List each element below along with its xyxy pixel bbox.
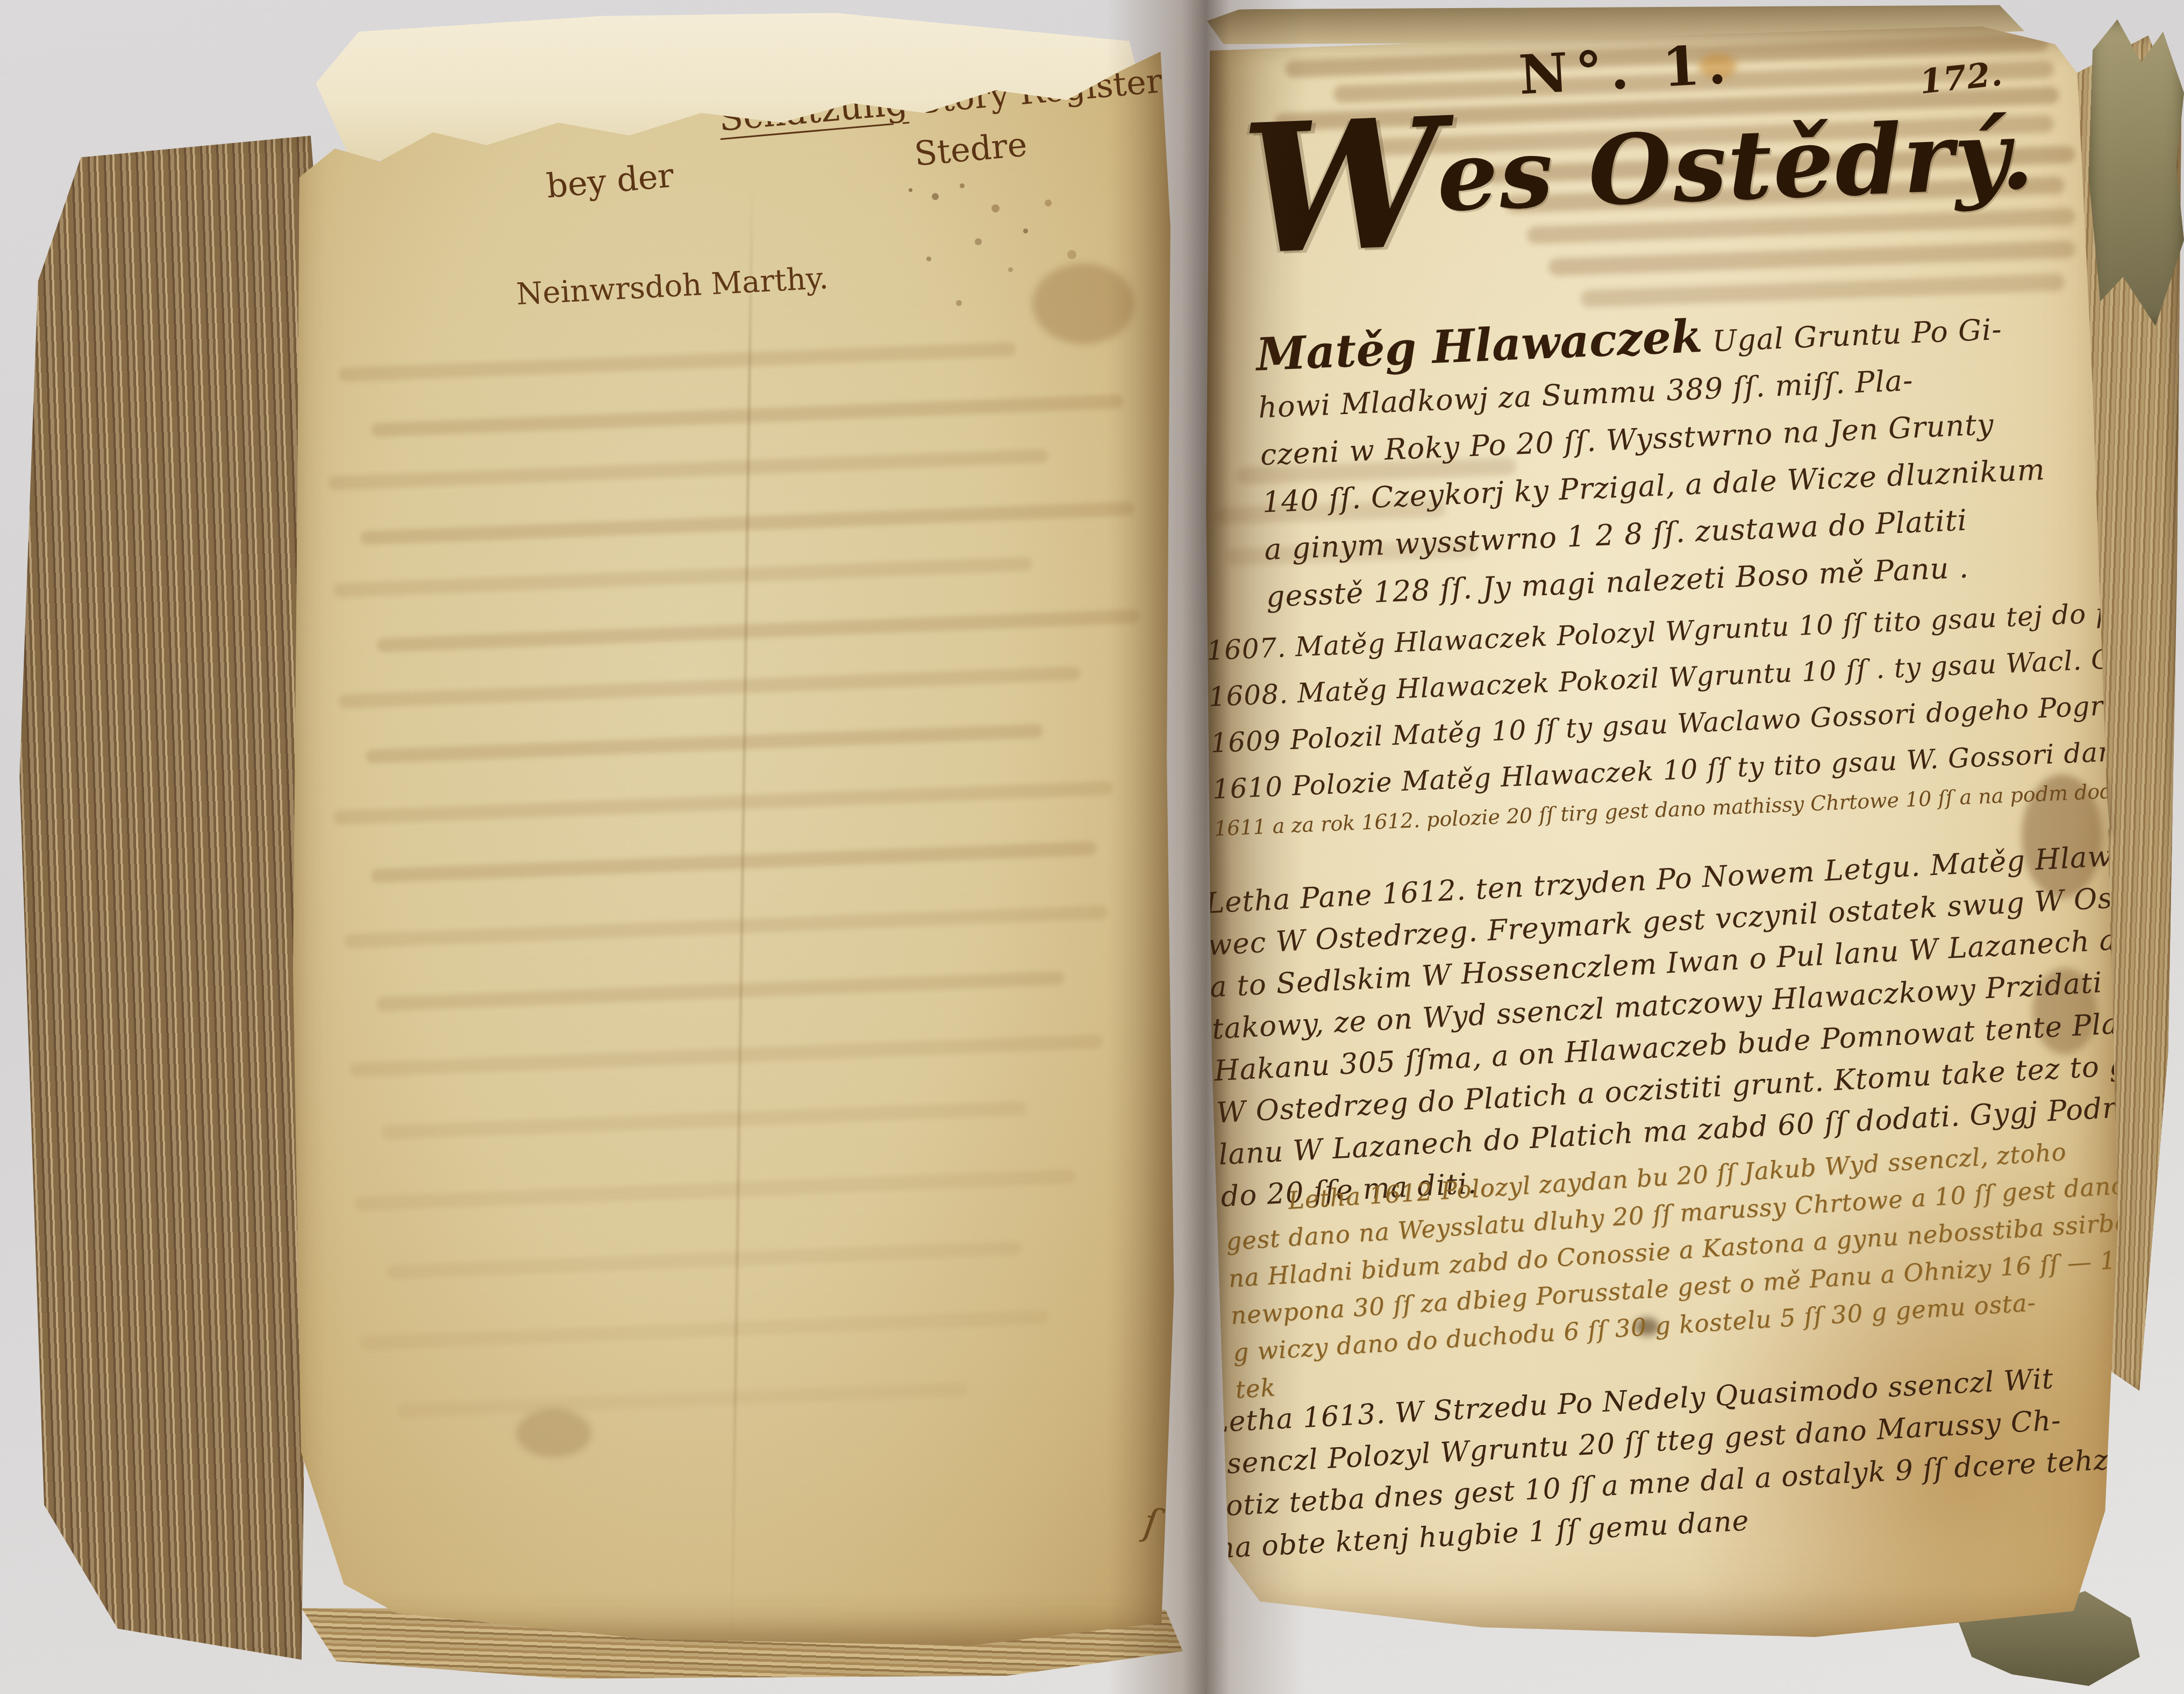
ink-speckle-stain (909, 188, 912, 192)
year-entries: 1607. Matěg Hlawaczek Polozyl Wgruntu 10… (1205, 582, 2184, 845)
ink-bleedthrough-line (339, 666, 1081, 709)
entry-line-text: Ugal Gruntu Po Gi- (1702, 312, 2003, 359)
ink-bleedthrough-line (355, 1169, 1075, 1211)
book-block-left-edge (13, 126, 320, 1675)
tattered-corner-top-right (2089, 19, 2184, 326)
left-page-subheading: Neinwrsdoh Marthy. (516, 261, 830, 312)
ink-bleedthrough-line (328, 449, 1048, 490)
ink-bleedthrough-line (366, 724, 1043, 764)
ink-bleedthrough-line (333, 781, 1113, 825)
ink-bleedthrough-line (371, 841, 1097, 883)
ink-bleedthrough-line (376, 971, 1065, 1011)
title-text: es Ostědrý. (1435, 98, 2037, 233)
ink-bleedthrough-line (376, 609, 1140, 652)
heading-line: Stedre (913, 125, 1029, 174)
folio-label: N°. 1. (1517, 32, 1735, 107)
ink-bleedthrough-line (1548, 240, 2076, 276)
photo-canvas: { "scene":{ "background_color":"#d8d6d7"… (0, 0, 2184, 1694)
page-crease (731, 177, 753, 1651)
ink-bleedthrough-line (360, 1309, 1048, 1350)
ink-bleedthrough-line (387, 1241, 1022, 1279)
ink-bleedthrough-line (382, 1101, 1027, 1140)
ink-bleedthrough-line (398, 1382, 968, 1418)
ink-bleedthrough-line (344, 905, 1108, 948)
entry-paragraph: Matěg Hlawaczek Ugal Gruntu Po Gi- howi … (1255, 298, 2050, 621)
stain (516, 1409, 591, 1457)
right-page: N°. 1. 172. Wes Ostědrý. Matěg Hlawaczek… (1204, 22, 2129, 1640)
ink-bleedthrough-line (339, 342, 1016, 382)
ink-bleedthrough-line (349, 1034, 1102, 1077)
title-ornamental-initial: W (1238, 79, 1441, 295)
left-page: ſ Schatzung Story Register bey der Stedr… (290, 32, 1183, 1646)
ink-bleedthrough-line (333, 557, 1032, 597)
stain (1032, 264, 1134, 344)
